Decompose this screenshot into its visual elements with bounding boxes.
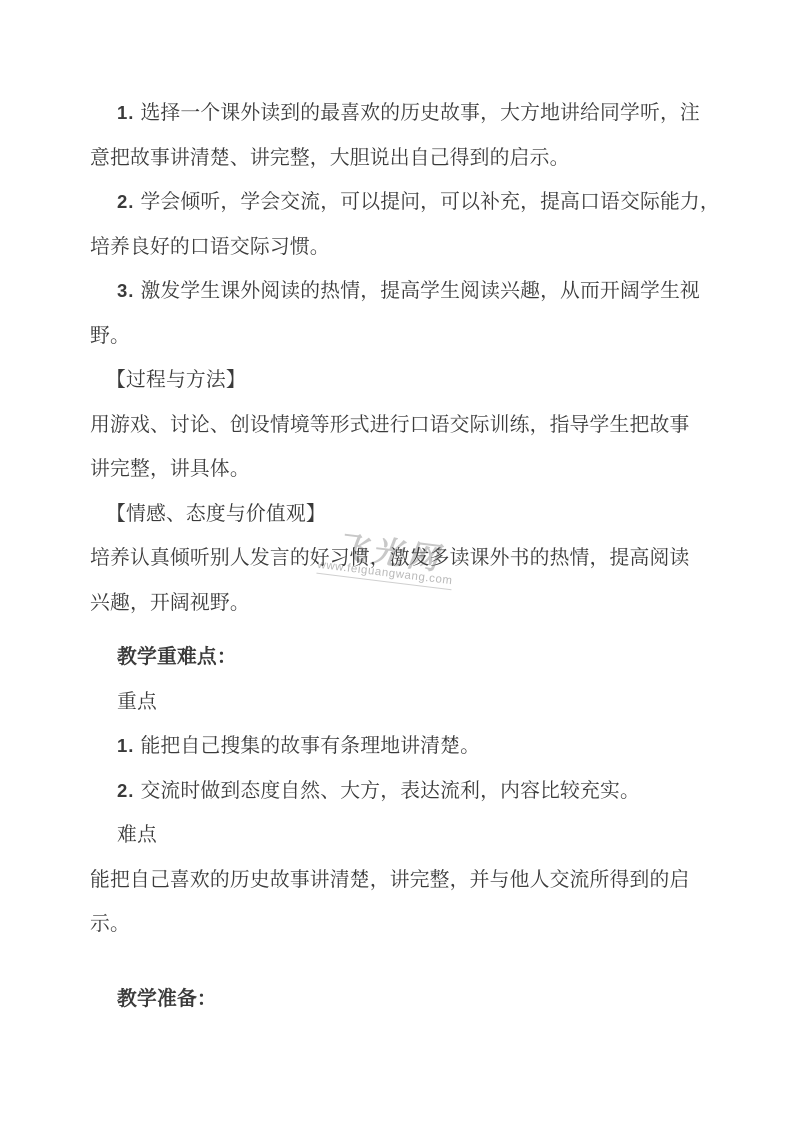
line-text: 能把自己搜集的故事有条理地讲清楚。 bbox=[140, 735, 480, 757]
label-difficult-point: 难点 bbox=[90, 813, 793, 858]
text-line-objective-1-cont: 意把故事讲清楚、讲完整，大胆说出自己得到的启示。 bbox=[90, 136, 793, 181]
line-text: 选择一个课外读到的最喜欢的历史故事，大方地讲给同学听，注 bbox=[140, 102, 699, 124]
text-line-values-cont: 兴趣，开阔视野。 bbox=[90, 581, 793, 626]
line-text: 野。 bbox=[90, 325, 130, 347]
line-text: 培养良好的口语交际习惯。 bbox=[90, 236, 330, 258]
text-line-keypoint-2: 2.交流时做到态度自然、大方，表达流利，内容比较充实。 bbox=[90, 769, 793, 814]
document-page: 飞光网 www.feiguangwang.com 1.选择一个课外读到的最喜欢的… bbox=[0, 0, 793, 1122]
text-line-methods: 用游戏、讨论、创设情境等形式进行口语交际训练，指导学生把故事 bbox=[90, 403, 793, 448]
text-line-methods-cont: 讲完整，讲具体。 bbox=[90, 447, 793, 492]
line-text: 难点 bbox=[117, 824, 157, 846]
text-line-keypoint-1: 1.能把自己搜集的故事有条理地讲清楚。 bbox=[90, 724, 793, 769]
line-text: 【过程与方法】 bbox=[106, 369, 246, 391]
text-line-values: 培养认真倾听别人发言的好习惯，激发多读课外书的热情，提高阅读 bbox=[90, 536, 793, 581]
subheading-emotion-attitude-values: 【情感、态度与价值观】 bbox=[90, 492, 793, 537]
line-text: 用游戏、讨论、创设情境等形式进行口语交际训练，指导学生把故事 bbox=[90, 414, 689, 436]
list-number: 1. bbox=[117, 102, 134, 123]
text-line-difficulty-cont: 示。 bbox=[90, 902, 793, 947]
line-text: 重点 bbox=[117, 691, 157, 713]
subheading-process-and-methods: 【过程与方法】 bbox=[90, 358, 793, 403]
text-line-objective-1: 1.选择一个课外读到的最喜欢的历史故事，大方地讲给同学听，注 bbox=[90, 91, 793, 136]
text-line-objective-2-cont: 培养良好的口语交际习惯。 bbox=[90, 225, 793, 270]
line-text: 示。 bbox=[90, 913, 130, 935]
text-line-objective-3: 3.激发学生课外阅读的热情，提高学生阅读兴趣，从而开阔学生视 bbox=[90, 269, 793, 314]
label-key-point: 重点 bbox=[90, 680, 793, 725]
text-line-difficulty: 能把自己喜欢的历史故事讲清楚，讲完整，并与他人交流所得到的启 bbox=[90, 858, 793, 903]
heading-teaching-preparation: 教学准备： bbox=[90, 977, 793, 1022]
heading-teaching-key-difficult-points: 教学重难点： bbox=[90, 635, 793, 680]
text-line-objective-3-cont: 野。 bbox=[90, 314, 793, 359]
text-line-objective-2: 2.学会倾听，学会交流，可以提问，可以补充，提高口语交际能力， bbox=[90, 180, 793, 225]
line-text: 讲完整，讲具体。 bbox=[90, 458, 250, 480]
list-number: 3. bbox=[117, 280, 134, 301]
line-text: 兴趣，开阔视野。 bbox=[90, 592, 250, 614]
line-text: 能把自己喜欢的历史故事讲清楚，讲完整，并与他人交流所得到的启 bbox=[90, 869, 689, 891]
line-text: 培养认真倾听别人发言的好习惯，激发多读课外书的热情，提高阅读 bbox=[90, 547, 689, 569]
list-number: 1. bbox=[117, 735, 134, 756]
line-text: 教学准备： bbox=[117, 988, 217, 1010]
line-text: 激发学生课外阅读的热情，提高学生阅读兴趣，从而开阔学生视 bbox=[140, 280, 699, 302]
line-text: 交流时做到态度自然、大方，表达流利，内容比较充实。 bbox=[140, 780, 640, 802]
document-body: 1.选择一个课外读到的最喜欢的历史故事，大方地讲给同学听，注 意把故事讲清楚、讲… bbox=[90, 91, 793, 1021]
list-number: 2. bbox=[117, 191, 134, 212]
line-text: 意把故事讲清楚、讲完整，大胆说出自己得到的启示。 bbox=[90, 147, 570, 169]
line-text: 教学重难点： bbox=[117, 646, 237, 668]
line-text: 【情感、态度与价值观】 bbox=[106, 503, 326, 525]
line-text: 学会倾听，学会交流，可以提问，可以补充，提高口语交际能力， bbox=[140, 191, 719, 213]
list-number: 2. bbox=[117, 780, 134, 801]
